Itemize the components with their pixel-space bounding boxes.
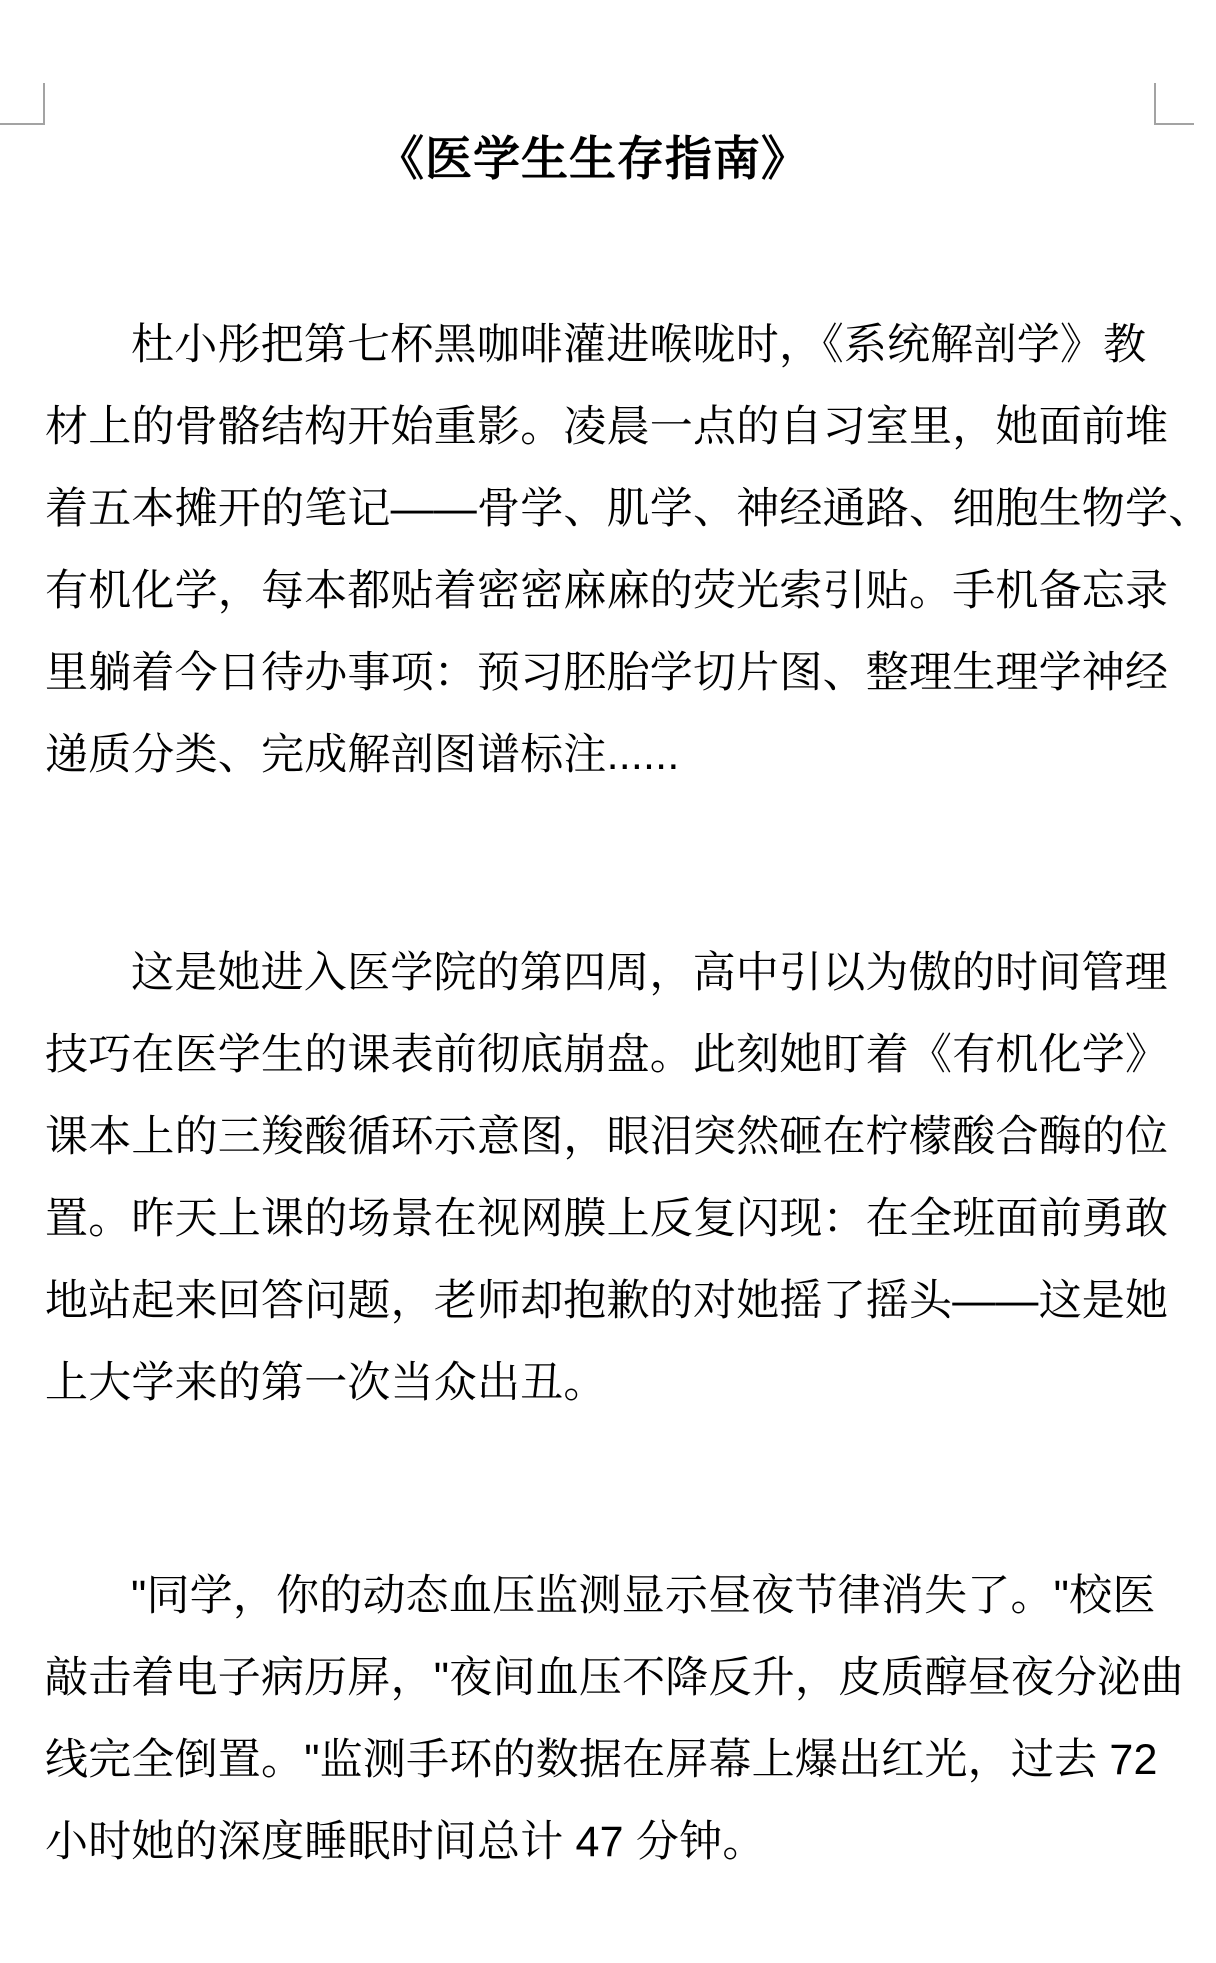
text-line[interactable]: 地站起来回答问题，老师却抱歉的对她摇了摇头——这是她 [45, 1260, 1173, 1342]
text-line[interactable]: 材上的骨骼结构开始重影。凌晨一点的自习室里，她面前堆 [45, 386, 1173, 468]
text-line[interactable]: 上大学来的第一次当众出丑。 [45, 1342, 1173, 1424]
page-title[interactable]: 《医学生生存指南》 [0, 128, 1186, 190]
text-line[interactable]: 技巧在医学生的课表前彻底崩盘。此刻她盯着《有机化学》 [45, 1014, 1173, 1096]
paragraph[interactable]: 杜小彤把第七杯黑咖啡灌进喉咙时，《系统解剖学》教材上的骨骼结构开始重影。凌晨一点… [45, 304, 1173, 796]
text-line[interactable]: 线完全倒置。"监测手环的数据在屏幕上爆出红光，过去 72 [45, 1719, 1173, 1801]
crop-mark-horizontal-line [1155, 123, 1194, 125]
text-line[interactable]: 小时她的深度睡眠时间总计 47 分钟。 [45, 1801, 1173, 1883]
crop-mark-horizontal-line [0, 123, 45, 125]
text-line[interactable]: 这是她进入医学院的第四周，高中引以为傲的时间管理 [45, 932, 1173, 1014]
text-line[interactable]: 着五本摊开的笔记——骨学、肌学、神经通路、细胞生物学、 [45, 468, 1173, 550]
text-line[interactable]: 递质分类、完成解剖图谱标注...... [45, 714, 1173, 796]
text-line[interactable]: 里躺着今日待办事项：预习胚胎学切片图、整理生理学神经 [45, 632, 1173, 714]
document-page[interactable]: 《医学生生存指南》 杜小彤把第七杯黑咖啡灌进喉咙时，《系统解剖学》教材上的骨骼结… [0, 0, 1216, 1963]
crop-mark-vertical-line [43, 83, 45, 125]
text-line[interactable]: 杜小彤把第七杯黑咖啡灌进喉咙时，《系统解剖学》教 [45, 304, 1173, 386]
crop-mark-vertical-line [1154, 83, 1156, 125]
paragraph[interactable]: "同学，你的动态血压监测显示昼夜节律消失了。"校医敲击着电子病历屏，"夜间血压不… [45, 1555, 1173, 1883]
text-line[interactable]: "同学，你的动态血压监测显示昼夜节律消失了。"校医 [45, 1555, 1173, 1637]
text-line[interactable]: 有机化学，每本都贴着密密麻麻的荧光索引贴。手机备忘录 [45, 550, 1173, 632]
text-line[interactable]: 课本上的三羧酸循环示意图，眼泪突然砸在柠檬酸合酶的位 [45, 1096, 1173, 1178]
text-line[interactable]: 敲击着电子病历屏，"夜间血压不降反升，皮质醇昼夜分泌曲 [45, 1637, 1173, 1719]
text-line[interactable]: 置。昨天上课的场景在视网膜上反复闪现：在全班面前勇敢 [45, 1178, 1173, 1260]
paragraph[interactable]: 这是她进入医学院的第四周，高中引以为傲的时间管理技巧在医学生的课表前彻底崩盘。此… [45, 932, 1173, 1424]
